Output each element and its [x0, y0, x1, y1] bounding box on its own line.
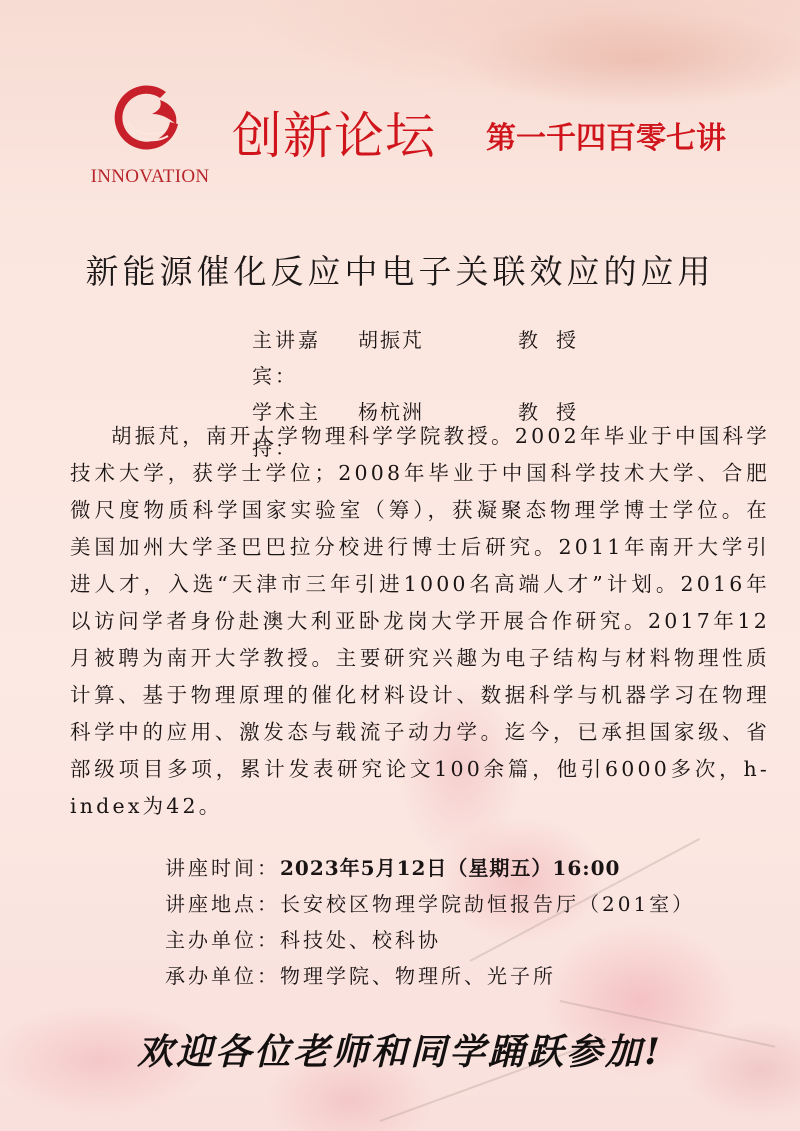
- time-label: 讲座时间：: [165, 850, 280, 886]
- speaker-name: 胡振芃: [358, 322, 518, 394]
- speaker-label: 主讲嘉宾：: [252, 322, 358, 394]
- speaker-bio: 胡振芃，南开大学物理科学学院教授。2002年毕业于中国科学技术大学，获学士学位；…: [70, 418, 770, 825]
- location-value: 长安校区物理学院劼恒报告厅（201室）: [280, 886, 695, 922]
- talk-title: 新能源催化反应中电子关联效应的应用: [0, 246, 800, 293]
- innovation-swirl-icon: [108, 78, 188, 158]
- speaker-row: 主讲嘉宾： 胡振芃 教授: [252, 322, 594, 394]
- info-row-organizer: 主办单位： 科技处、校科协: [165, 922, 695, 958]
- lecture-number: 第一千四百零七讲: [486, 113, 726, 157]
- host-unit-value: 物理学院、物理所、光子所: [280, 958, 556, 994]
- logo-text: INNOVATION: [80, 166, 220, 188]
- host-unit-label: 承办单位：: [165, 958, 280, 994]
- time-value: 2023年5月12日（星期五）16:00: [280, 850, 620, 886]
- info-row-time: 讲座时间： 2023年5月12日（星期五）16:00: [165, 850, 695, 886]
- forum-title: 创新论坛: [232, 96, 436, 168]
- organizer-label: 主办单位：: [165, 922, 280, 958]
- info-row-location: 讲座地点： 长安校区物理学院劼恒报告厅（201室）: [165, 886, 695, 922]
- event-info: 讲座时间： 2023年5月12日（星期五）16:00 讲座地点： 长安校区物理学…: [165, 850, 695, 994]
- organizer-value: 科技处、校科协: [280, 922, 441, 958]
- location-label: 讲座地点：: [165, 886, 280, 922]
- speaker-rank: 教授: [518, 322, 594, 394]
- innovation-logo: INNOVATION: [80, 78, 220, 190]
- info-row-host-unit: 承办单位： 物理学院、物理所、光子所: [165, 958, 695, 994]
- welcome-message: 欢迎各位老师和同学踊跃参加!: [0, 1024, 800, 1075]
